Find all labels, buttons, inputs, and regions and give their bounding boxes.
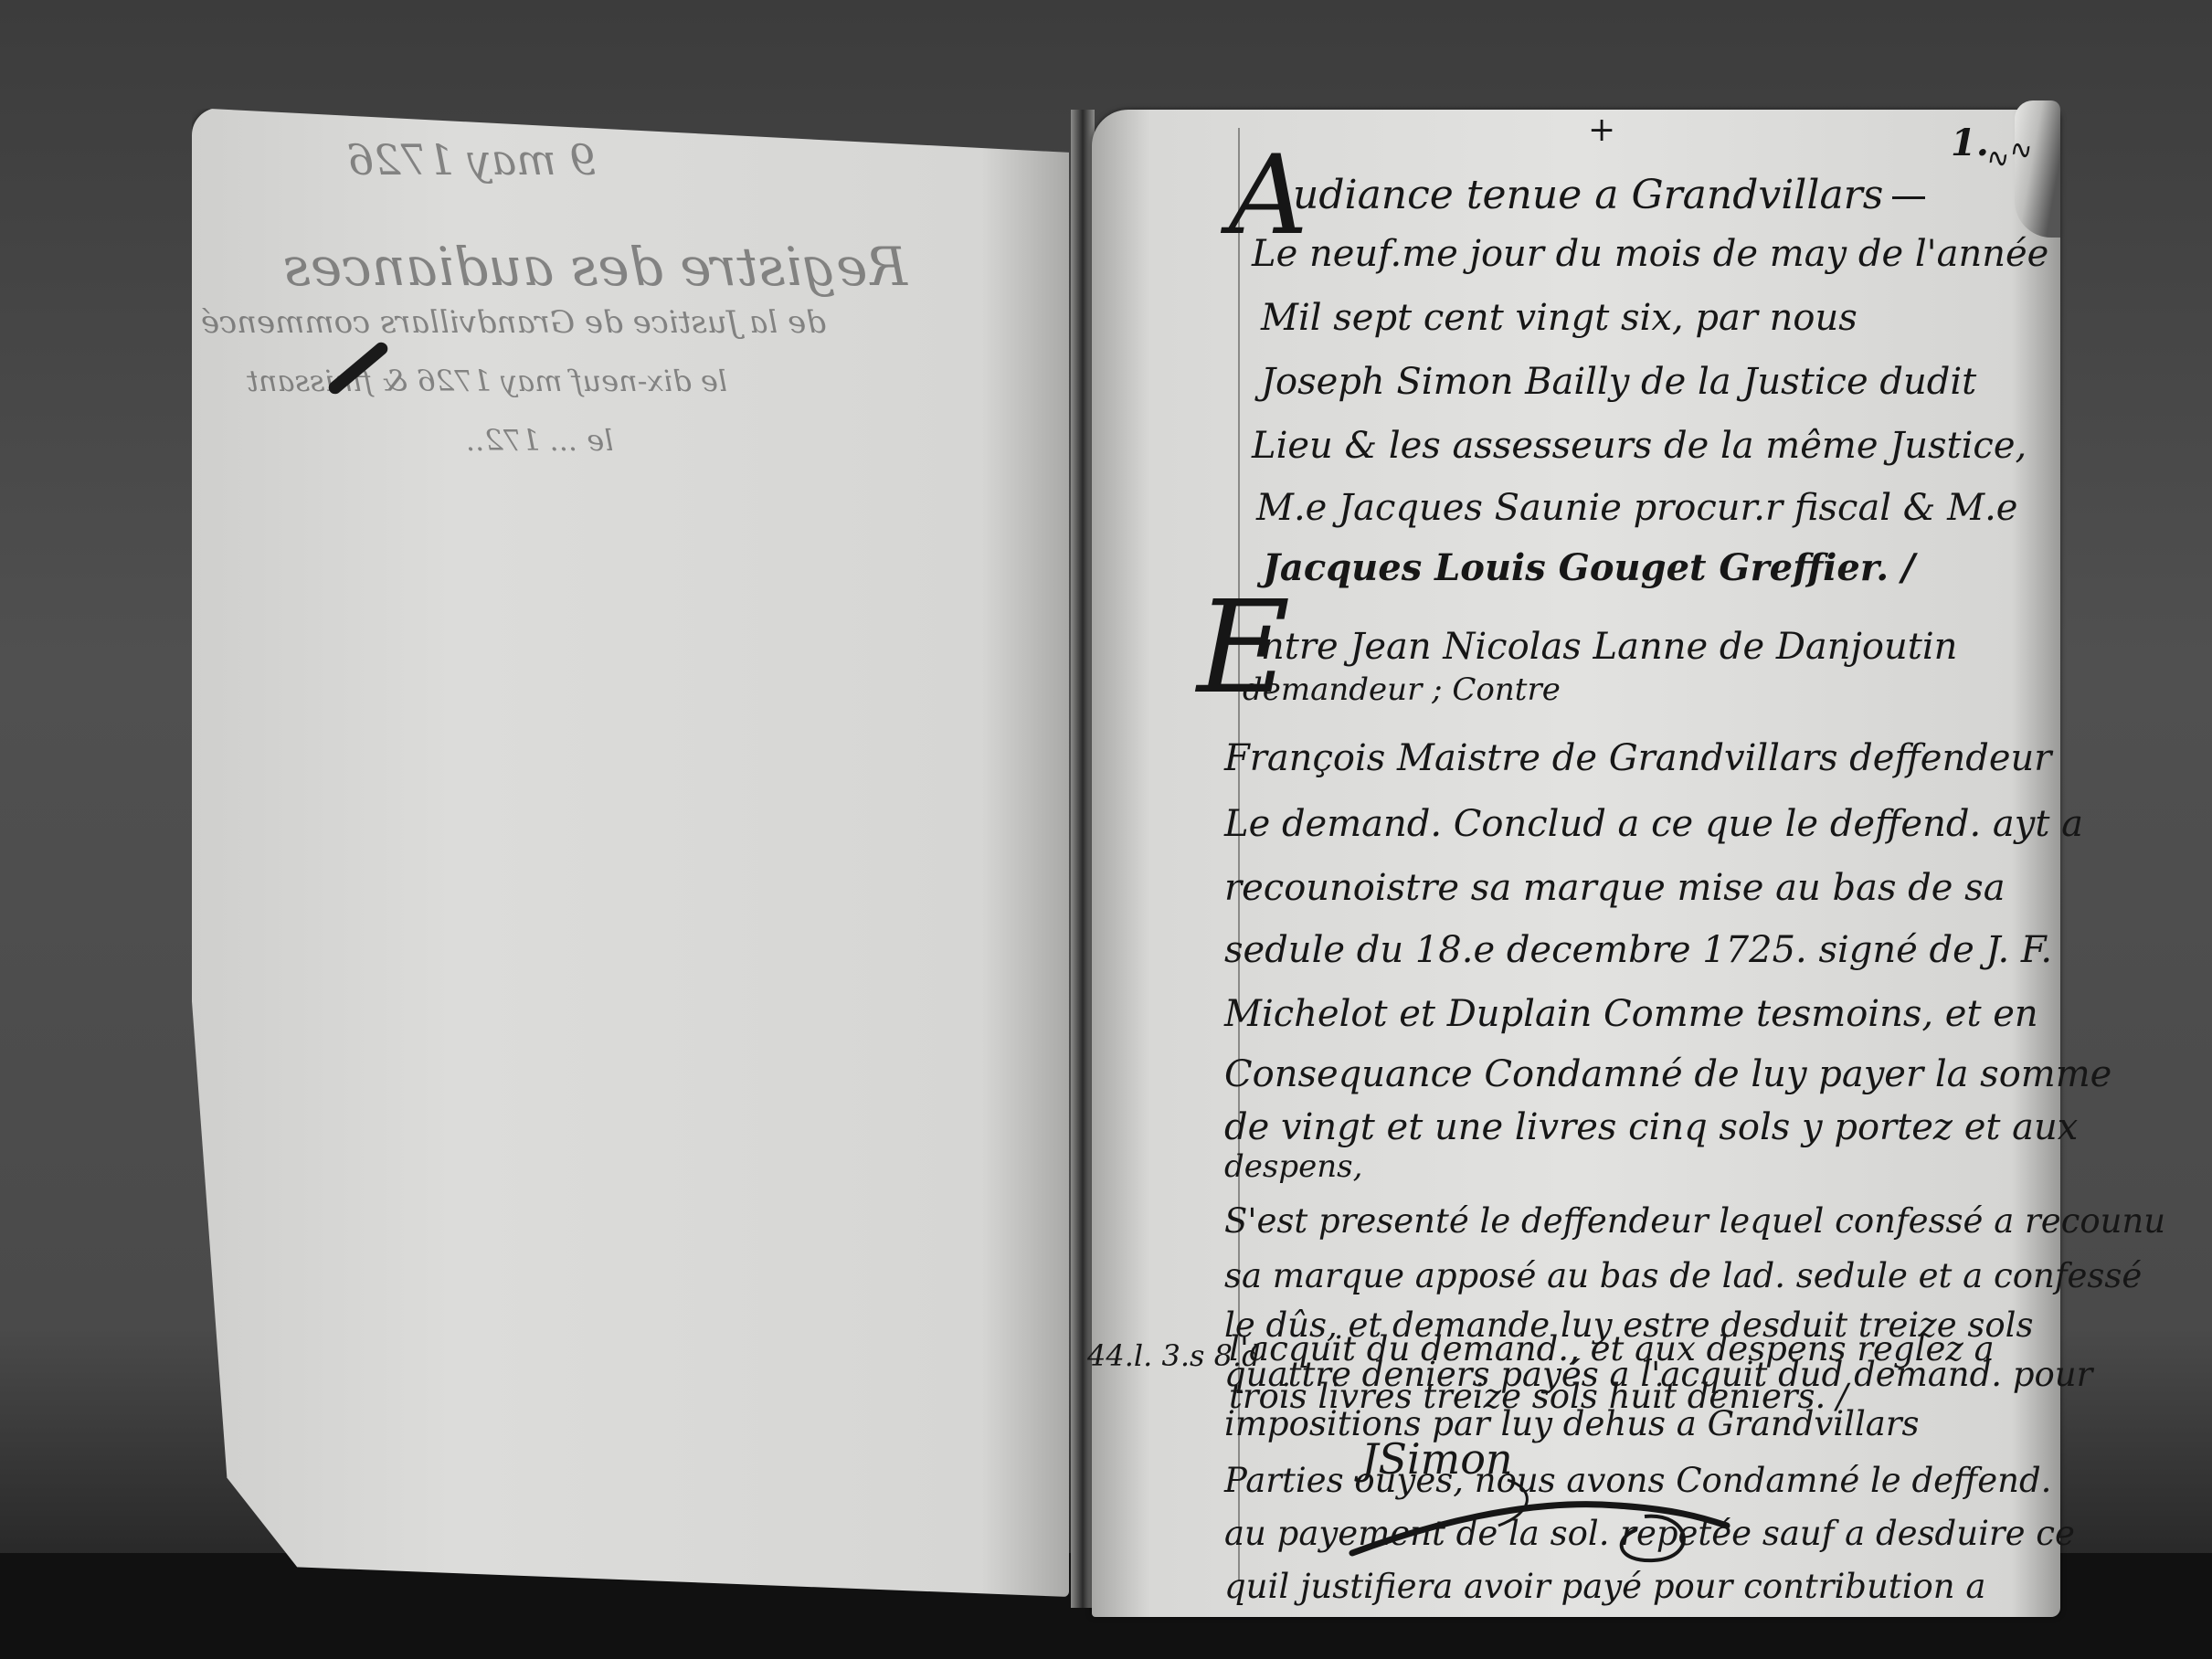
entry-line: Consequance Condamné de luy payer la som…	[1224, 1056, 2111, 1093]
entry-line: sedule du 18.e decembre 1725. signé de J…	[1224, 932, 2052, 968]
entry-line: ntre Jean Nicolas Lanne de Danjoutin	[1261, 629, 1957, 665]
bleed-through-title: Registre des audiances	[283, 236, 907, 298]
entry-line: Mil sept cent vingt six, par nous	[1261, 300, 1857, 336]
margin-amount-note: 44.l. 3.s 8.d	[1087, 1338, 1261, 1373]
entry-line: Le neuf.me jour du mois de may de l'anné…	[1252, 236, 2048, 272]
left-page-bleed-through: 9 may 1726 Registre des audiances de la …	[192, 108, 1069, 1597]
entry-line: Michelot et Duplain Comme tesmoins, et e…	[1224, 996, 2038, 1032]
entry-line: udiance tenue a Grandvillars	[1293, 175, 1925, 216]
entry-line: despens,	[1224, 1151, 1362, 1182]
bleed-through-line-1: de la Justice de Grandvillars commencé	[201, 304, 826, 341]
entry-line: Joseph Simon Bailly de la Justice dudit	[1261, 364, 1976, 400]
entry-line: S'est presenté le deffendeur lequel conf…	[1224, 1204, 2165, 1238]
entry-line: Jacques Louis Gouget Greffier. /	[1263, 550, 1915, 586]
folded-page-corner	[2015, 100, 2060, 238]
signature-flourish	[1343, 1462, 1763, 1580]
entry-line: demandeur ; Contre	[1243, 674, 1561, 705]
entry-line: M.e Jacques Saunie procur.r fiscal & M.e	[1256, 490, 2017, 526]
entry-line: recounoistre sa marque mise au bas de sa	[1224, 870, 2006, 906]
bleed-through-line-3: le ... 172..	[466, 423, 613, 458]
entry-line: l'acquit du demand., et aux despens regl…	[1229, 1332, 1995, 1366]
cross-mark: +	[1588, 111, 1615, 149]
bleed-through-date: 9 may 1726	[347, 135, 597, 185]
entry-line: Le demand. Conclud a ce que le deffend. …	[1224, 806, 2083, 842]
entry-line: trois livres treize sols huit deniers. /	[1229, 1379, 1848, 1413]
entry-line: Lieu & les assesseurs de la même Justice…	[1252, 428, 2027, 464]
entry-line: sa marque apposé au bas de lad. sedule e…	[1224, 1259, 2142, 1293]
bleed-through-line-2: le dix-neuf may 1726 & finissant	[247, 364, 727, 398]
left-page: 9 may 1726 Registre des audiances de la …	[192, 108, 1069, 1597]
entry-line: François Maistre de Grandvillars deffend…	[1224, 740, 2051, 777]
entry-line: de vingt et une livres cinq sols y porte…	[1224, 1109, 2078, 1146]
line-filler-dash	[1892, 196, 1925, 199]
